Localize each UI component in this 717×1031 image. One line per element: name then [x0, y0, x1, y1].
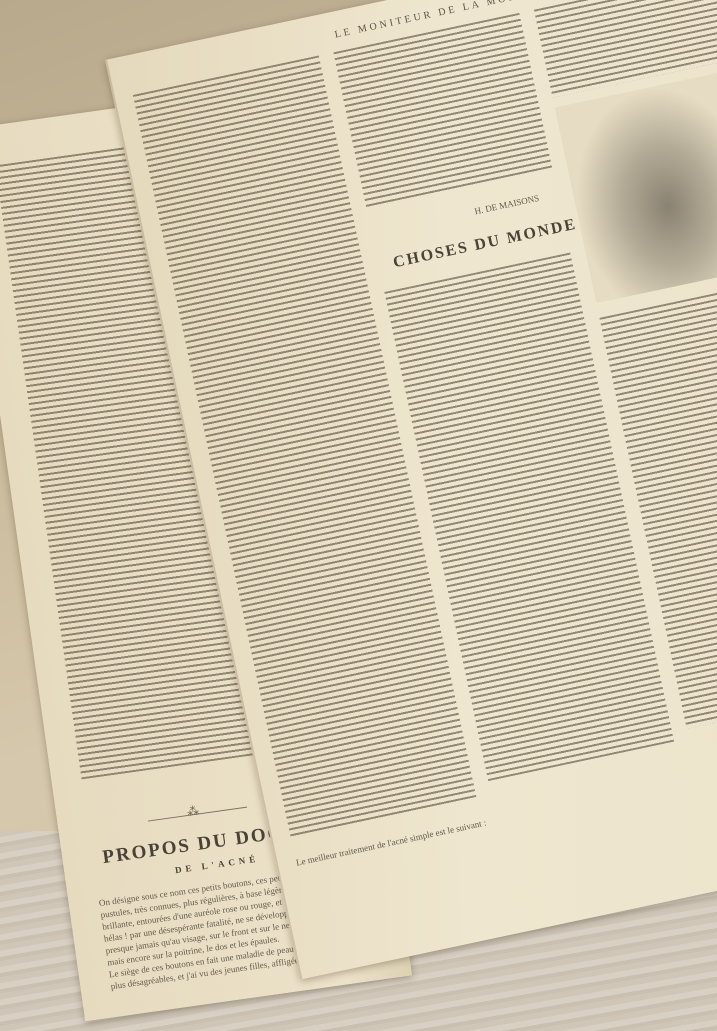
column-2-top-text [333, 13, 552, 209]
byline: H. DE MAISONS [474, 193, 540, 216]
fashion-illustration [555, 70, 717, 303]
fleuron-ornament: ⁂ [186, 803, 200, 820]
